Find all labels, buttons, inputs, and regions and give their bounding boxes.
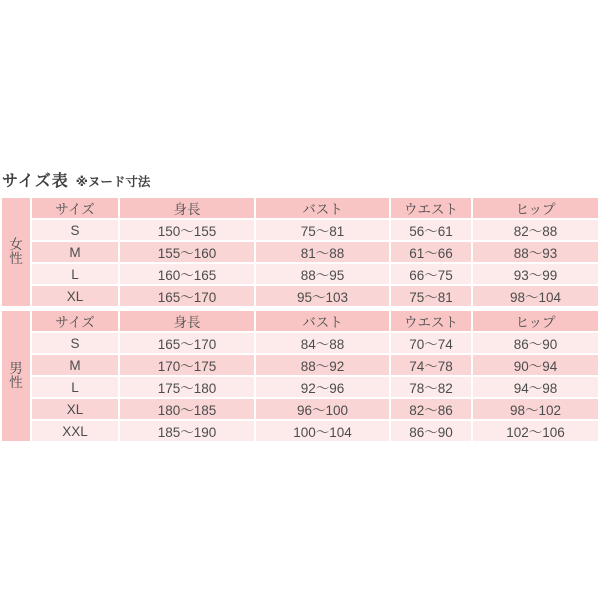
header-cell-bust: バスト	[256, 198, 389, 218]
header-cell-waist: ウエスト	[391, 198, 471, 218]
size-cell: XXL	[32, 421, 118, 441]
height-cell: 180〜185	[120, 399, 254, 419]
table-row-men-xxl: XXL 185〜190 100〜104 86〜90 102〜106	[2, 421, 598, 441]
size-chart-title: サイズ表	[2, 173, 69, 190]
table-row-men-m: M 170〜175 88〜92 74〜78 90〜94	[2, 355, 598, 375]
bust-cell: 88〜92	[256, 355, 389, 375]
height-cell: 185〜190	[120, 421, 254, 441]
waist-cell: 61〜66	[391, 242, 471, 262]
hip-cell: 94〜98	[473, 377, 598, 397]
bust-cell: 88〜95	[256, 264, 389, 284]
hip-cell: 93〜99	[473, 264, 598, 284]
table-row-women-s: S 150〜155 75〜81 56〜61 82〜88	[2, 220, 598, 240]
height-cell: 160〜165	[120, 264, 254, 284]
size-cell: XL	[32, 399, 118, 419]
header-cell-bust: バスト	[256, 311, 389, 331]
size-cell: M	[32, 242, 118, 262]
header-cell-size: サイズ	[32, 198, 118, 218]
nude-measurement-note: ※ヌード寸法	[76, 175, 151, 189]
bust-cell: 81〜88	[256, 242, 389, 262]
height-cell: 150〜155	[120, 220, 254, 240]
table-row-women-m: M 155〜160 81〜88 61〜66 88〜93	[2, 242, 598, 262]
bust-cell: 92〜96	[256, 377, 389, 397]
waist-cell: 78〜82	[391, 377, 471, 397]
waist-cell: 66〜75	[391, 264, 471, 284]
size-cell: S	[32, 333, 118, 353]
header-cell-height: 身長	[120, 311, 254, 331]
table-row-women-xl: XL 165〜170 95〜103 75〜81 98〜104	[2, 286, 598, 306]
bust-cell: 96〜100	[256, 399, 389, 419]
hip-cell: 88〜93	[473, 242, 598, 262]
header-cell-size: サイズ	[32, 311, 118, 331]
women-size-table: 女 性 サイズ 身長 バスト ウエスト ヒップ S 150〜155 75〜81 …	[0, 196, 600, 308]
women-header-row: 女 性 サイズ 身長 バスト ウエスト ヒップ	[2, 198, 598, 218]
table-row-women-l: L 160〜165 88〜95 66〜75 93〜99	[2, 264, 598, 284]
waist-cell: 75〜81	[391, 286, 471, 306]
height-cell: 165〜170	[120, 286, 254, 306]
hip-cell: 90〜94	[473, 355, 598, 375]
header-cell-height: 身長	[120, 198, 254, 218]
size-cell: L	[32, 377, 118, 397]
waist-cell: 82〜86	[391, 399, 471, 419]
height-cell: 165〜170	[120, 333, 254, 353]
bust-cell: 95〜103	[256, 286, 389, 306]
group-label-men: 男 性	[2, 311, 30, 441]
header-cell-hip: ヒップ	[473, 311, 598, 331]
table-row-men-s: S 165〜170 84〜88 70〜74 86〜90	[2, 333, 598, 353]
height-cell: 155〜160	[120, 242, 254, 262]
size-chart: サイズ表※ヌード寸法 女 性 サイズ 身長 バスト ウエスト ヒップ S 150…	[0, 172, 600, 443]
hip-cell: 102〜106	[473, 421, 598, 441]
height-cell: 170〜175	[120, 355, 254, 375]
bust-cell: 84〜88	[256, 333, 389, 353]
page-title: サイズ表※ヌード寸法	[0, 172, 600, 191]
table-row-men-xl: XL 180〜185 96〜100 82〜86 98〜102	[2, 399, 598, 419]
hip-cell: 86〜90	[473, 333, 598, 353]
size-cell: XL	[32, 286, 118, 306]
size-cell: L	[32, 264, 118, 284]
hip-cell: 98〜102	[473, 399, 598, 419]
header-cell-hip: ヒップ	[473, 198, 598, 218]
height-cell: 175〜180	[120, 377, 254, 397]
men-header-row: 男 性 サイズ 身長 バスト ウエスト ヒップ	[2, 311, 598, 331]
waist-cell: 70〜74	[391, 333, 471, 353]
waist-cell: 86〜90	[391, 421, 471, 441]
table-row-men-l: L 175〜180 92〜96 78〜82 94〜98	[2, 377, 598, 397]
waist-cell: 74〜78	[391, 355, 471, 375]
hip-cell: 98〜104	[473, 286, 598, 306]
waist-cell: 56〜61	[391, 220, 471, 240]
men-size-table: 男 性 サイズ 身長 バスト ウエスト ヒップ S 165〜170 84〜88 …	[0, 309, 600, 443]
header-cell-waist: ウエスト	[391, 311, 471, 331]
size-cell: S	[32, 220, 118, 240]
bust-cell: 100〜104	[256, 421, 389, 441]
size-cell: M	[32, 355, 118, 375]
hip-cell: 82〜88	[473, 220, 598, 240]
group-label-women: 女 性	[2, 198, 30, 306]
bust-cell: 75〜81	[256, 220, 389, 240]
